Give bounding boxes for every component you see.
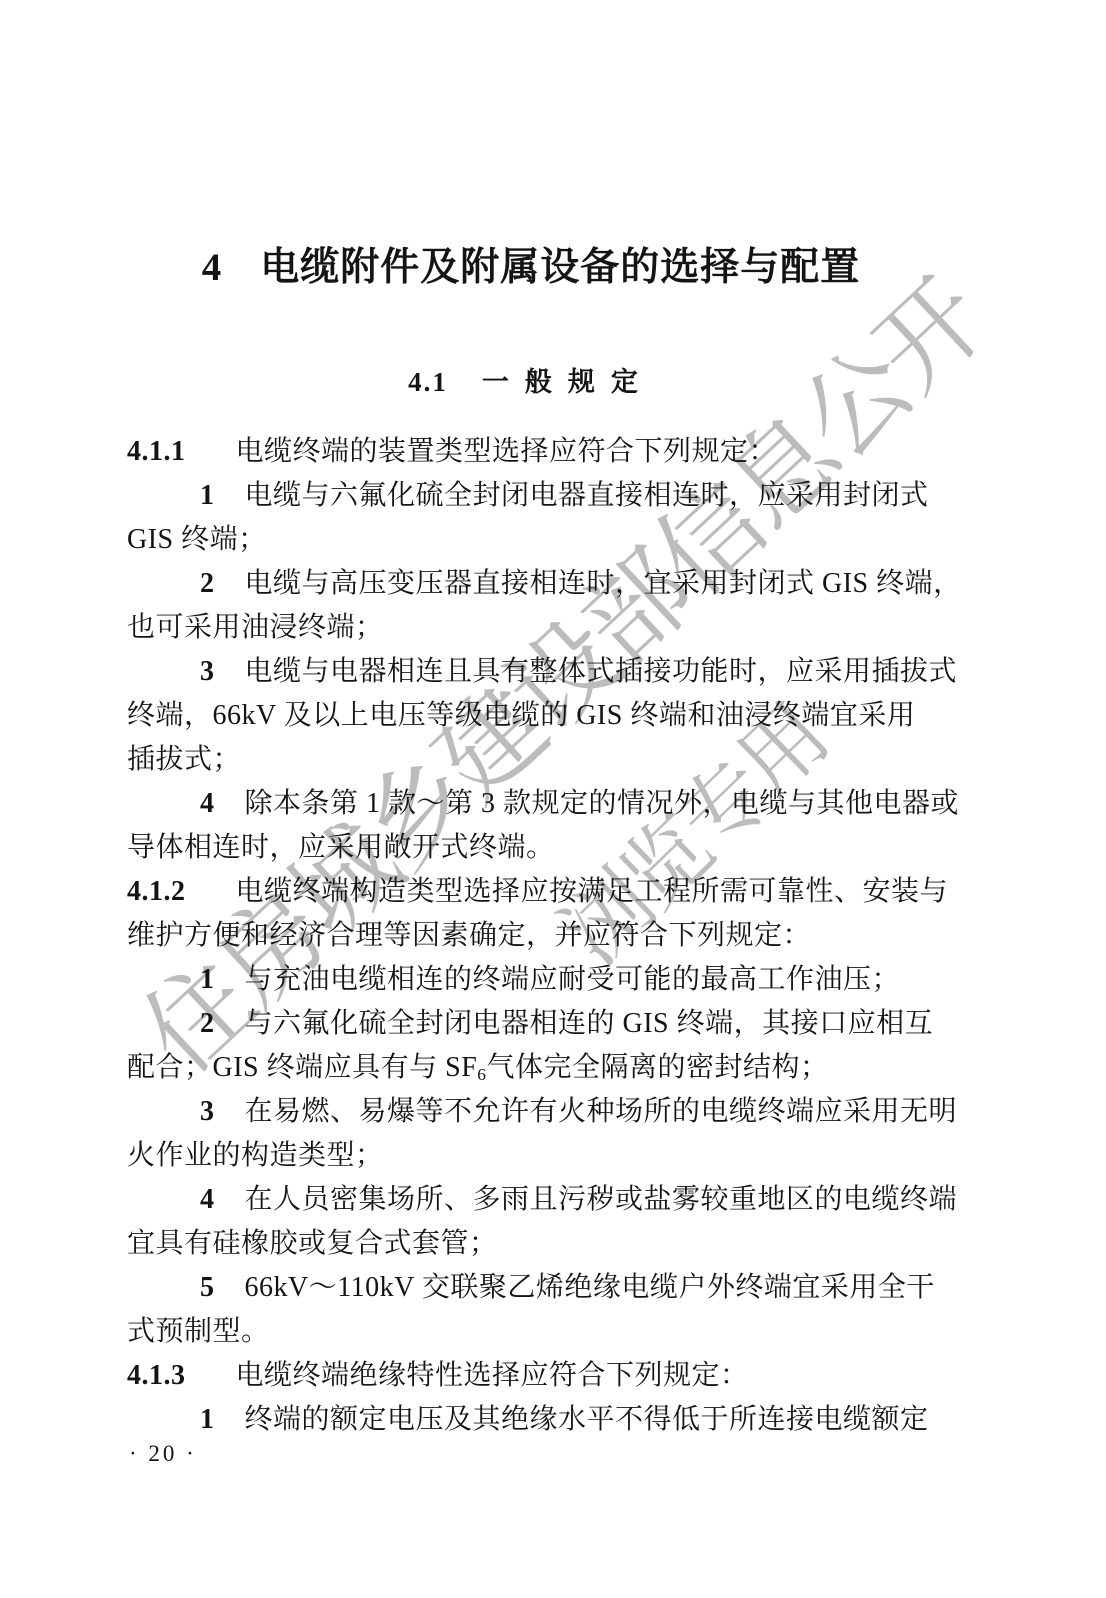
body-text: 4.1.1电缆终端的装置类型选择应符合下列规定：1电缆与六氟化硫全封闭电器直接相… (127, 430, 939, 1442)
line-number: 1 (200, 964, 215, 995)
line-text: 电缆终端的装置类型选择应符合下列规定： (236, 436, 778, 467)
item-line: 1终端的额定电压及其绝缘水平不得低于所连接电缆额定 (127, 1398, 939, 1442)
line-text: 除本条第 1 款～第 3 款规定的情况外，电缆与其他电器或 (245, 788, 960, 819)
section-heading: 4.1一般规定 (127, 364, 935, 400)
line-text: 与六氟化硫全封闭电器相连的 GIS 终端，其接口应相互 (245, 1008, 934, 1039)
line-number: 4.1.1 (127, 436, 186, 467)
section-number: 4.1 (408, 367, 448, 397)
line-text: 在人员密集场所、多雨且污秽或盐雾较重地区的电缆终端 (245, 1184, 958, 1215)
continuation-line: 终端，66kV 及以上电压等级电缆的 GIS 终端和油浸终端宜采用 (127, 694, 939, 738)
chapter-number: 4 (202, 244, 223, 292)
line-text: 也可采用油浸终端； (127, 612, 384, 643)
line-text: 配合；GIS 终端应具有与 SF6气体完全隔离的密封结构； (127, 1052, 828, 1083)
item-line: 566kV～110kV 交联聚乙烯绝缘电缆户外终端宜采用全干 (127, 1266, 939, 1310)
line-number: 4.1.2 (127, 876, 186, 907)
line-number: 3 (200, 1096, 215, 1127)
line-text: GIS 终端； (127, 524, 267, 555)
line-number: 1 (200, 1404, 215, 1435)
line-number: 1 (200, 480, 215, 511)
item-line: 2电缆与高压变压器直接相连时，宜采用封闭式 GIS 终端， (127, 562, 939, 606)
line-text: 导体相连时，应采用敞开式终端。 (127, 832, 555, 863)
chapter-title: 4 电缆附件及附属设备的选择与配置 (127, 244, 935, 292)
continuation-line: 也可采用油浸终端； (127, 606, 939, 650)
item-line: 3电缆与电器相连且具有整体式插接功能时，应采用插拔式 (127, 650, 939, 694)
line-text: 插拔式； (127, 744, 241, 775)
line-number: 2 (200, 1008, 215, 1039)
line-text: 与充油电缆相连的终端应耐受可能的最高工作油压； (245, 964, 901, 995)
item-line: 2与六氟化硫全封闭电器相连的 GIS 终端，其接口应相互 (127, 1002, 939, 1046)
line-text: 火作业的构造类型； (127, 1140, 384, 1171)
line-text: 式预制型。 (127, 1316, 270, 1347)
continuation-line: 维护方便和经济合理等因素确定，并应符合下列规定： (127, 914, 939, 958)
line-text: 电缆与六氟化硫全封闭电器直接相连时，应采用封闭式 (245, 480, 929, 511)
continuation-line: 插拔式； (127, 738, 939, 782)
continuation-line: 导体相连时，应采用敞开式终端。 (127, 826, 939, 870)
continuation-line: 式预制型。 (127, 1310, 939, 1354)
line-number: 2 (200, 568, 215, 599)
line-text: 电缆终端绝缘特性选择应符合下列规定： (236, 1360, 749, 1391)
item-line: 4除本条第 1 款～第 3 款规定的情况外，电缆与其他电器或 (127, 782, 939, 826)
line-text: 电缆与高压变压器直接相连时，宜采用封闭式 GIS 终端， (245, 568, 962, 599)
item-line: 3在易燃、易爆等不允许有火种场所的电缆终端应采用无明 (127, 1090, 939, 1134)
item-line: 4在人员密集场所、多雨且污秽或盐雾较重地区的电缆终端 (127, 1178, 939, 1222)
subscript-6: 6 (477, 1065, 486, 1084)
document-page: 住房城乡建设部信息公开 浏览专用 4 电缆附件及附属设备的选择与配置 4.1一般… (0, 0, 1106, 1598)
section-title-text: 一般规定 (482, 367, 654, 397)
line-text: 宜具有硅橡胶或复合式套管； (127, 1228, 498, 1259)
line-number: 3 (200, 656, 215, 687)
clause-line: 4.1.2电缆终端构造类型选择应按满足工程所需可靠性、安装与 (127, 870, 939, 914)
item-line: 1与充油电缆相连的终端应耐受可能的最高工作油压； (127, 958, 939, 1002)
line-number: 4 (200, 788, 215, 819)
line-text: 电缆终端构造类型选择应按满足工程所需可靠性、安装与 (236, 876, 949, 907)
line-text: 终端，66kV 及以上电压等级电缆的 GIS 终端和油浸终端宜采用 (127, 700, 915, 731)
continuation-line: GIS 终端； (127, 518, 939, 562)
continuation-line: 配合；GIS 终端应具有与 SF6气体完全隔离的密封结构； (127, 1046, 939, 1090)
item-line: 1电缆与六氟化硫全封闭电器直接相连时，应采用封闭式 (127, 474, 939, 518)
line-text: 维护方便和经济合理等因素确定，并应符合下列规定： (127, 920, 811, 951)
line-number: 4 (200, 1184, 215, 1215)
continuation-line: 火作业的构造类型； (127, 1134, 939, 1178)
line-text: 在易燃、易爆等不允许有火种场所的电缆终端应采用无明 (245, 1096, 958, 1127)
line-text: 电缆与电器相连且具有整体式插接功能时，应采用插拔式 (245, 656, 958, 687)
line-text: 终端的额定电压及其绝缘水平不得低于所连接电缆额定 (245, 1404, 929, 1435)
clause-line: 4.1.3电缆终端绝缘特性选择应符合下列规定： (127, 1354, 939, 1398)
line-number: 4.1.3 (127, 1360, 186, 1391)
line-number: 5 (200, 1272, 215, 1303)
line-text: 66kV～110kV 交联聚乙烯绝缘电缆户外终端宜采用全干 (245, 1272, 935, 1303)
clause-line: 4.1.1电缆终端的装置类型选择应符合下列规定： (127, 430, 939, 474)
page-number: · 20 · (129, 1440, 197, 1468)
continuation-line: 宜具有硅橡胶或复合式套管； (127, 1222, 939, 1266)
chapter-title-text: 电缆附件及附属设备的选择与配置 (260, 244, 860, 292)
